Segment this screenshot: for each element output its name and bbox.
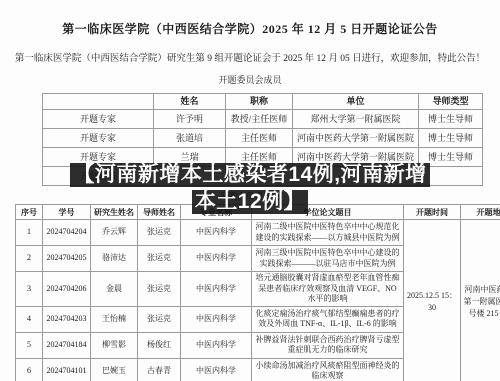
id-cell: 2024704205 [43, 246, 91, 272]
table-row: 开题专家 张道培 主任医师 河南中医药大学第一附属医院 博士生导师 [43, 129, 483, 148]
roster-caption: 开题人员情况表 [0, 190, 500, 202]
roster-header-row: 序号 学号 研究生姓名 导师姓名 专业名称 学位论文题目 开题时间 开题地点 [16, 205, 500, 220]
committee-header-role [43, 94, 154, 110]
student-cell: 柳雪影 [91, 332, 138, 358]
student-cell: 骆沛达 [91, 246, 138, 272]
unit-cell [293, 167, 419, 186]
topic-cell: 小续命汤加减治疗风痰瘀阻型面神经炎的临床观察 [252, 358, 404, 381]
supervisor-cell: 张运克 [138, 306, 181, 332]
major-cell: 中医内科学 [181, 358, 252, 381]
topic-cell: 化痰定痫汤治疗痰气郁结型癫痫患者的疗效及外周血 TNF-α、IL-1β、IL-6… [252, 306, 404, 332]
no-cell: 1 [16, 220, 43, 246]
table-row: 开题秘书 [43, 167, 483, 186]
roster-header-topic: 学位论文题目 [252, 205, 404, 220]
document-page: 第一临床医学院（中西医结合学院）2025 年 12 月 5 日开题论证公告 第一… [0, 0, 500, 381]
committee-caption: 开题委员会成员 [0, 73, 500, 86]
page-subtitle: 第一临床医学院（中西医结合学院）研究生第 9 组开题论证会于 2025 年 12… [0, 50, 500, 64]
table-row: 开题专家 兰瑞 主任医师 河南中医药大学第一附属医院 博士生导师 [43, 148, 483, 167]
name-cell: 许予明 [154, 110, 226, 129]
topic-cell: 河南二级中医院中医特色卒中中心规范化建设的实践探索——以方城县中医院为例 [252, 220, 404, 246]
id-cell: 2024704203 [43, 306, 91, 332]
type-cell: 博士生导师 [419, 110, 483, 129]
type-cell: 博士生导师 [419, 129, 483, 148]
no-cell: 4 [16, 306, 43, 332]
major-cell: 中医内科学 [181, 272, 252, 307]
no-cell: 6 [16, 358, 43, 381]
committee-header-title: 职称 [226, 94, 293, 110]
unit-cell: 郑州大学第一附属医院 [293, 110, 419, 129]
type-cell [419, 167, 483, 186]
student-cell: 王怡楠 [91, 306, 138, 332]
roster-header-time: 开题时间 [404, 205, 461, 220]
role-cell: 开题专家 [43, 129, 154, 148]
defense-location-cell: 河南中医药大学第一附属医院 15 号楼 215 房间 [461, 220, 500, 381]
role-cell: 开题专家 [43, 148, 154, 167]
supervisor-cell: 古春青 [138, 358, 181, 381]
major-cell: 中医内科学 [181, 306, 252, 332]
topic-cell: 培元通脑胶囊对肾虚血瘀型老年血管性痴呆患者临床疗效观察及血清 VEGF、NO 水… [252, 272, 404, 307]
committee-header-unit: 单位 [293, 94, 419, 110]
id-cell: 2024704184 [43, 332, 91, 358]
role-cell: 开题秘书 [43, 167, 154, 186]
id-cell: 2024704206 [43, 272, 91, 307]
table-row: 开题专家 许予明 教授/主任医师 郑州大学第一附属医院 博士生导师 [43, 110, 483, 129]
roster-header-supervisor: 导师姓名 [138, 205, 181, 220]
major-cell: 中医内科学 [181, 332, 252, 358]
type-cell: 博士生导师 [419, 148, 483, 167]
major-cell: 中医内科学 [181, 246, 252, 272]
major-cell: 中医内科学 [181, 220, 252, 246]
roster-header-id: 学号 [43, 205, 91, 220]
page-title: 第一临床医学院（中西医结合学院）2025 年 12 月 5 日开题论证公告 [0, 0, 500, 37]
id-cell: 2024704204 [43, 220, 91, 246]
student-cell: 巴婉玉 [91, 358, 138, 381]
role-cell: 开题专家 [43, 110, 154, 129]
roster-table: 序号 学号 研究生姓名 导师姓名 专业名称 学位论文题目 开题时间 开题地点 1… [15, 204, 500, 381]
roster-header-student: 研究生姓名 [91, 205, 138, 220]
supervisor-cell: 张运克 [138, 246, 181, 272]
committee-header-name: 姓名 [154, 94, 226, 110]
unit-cell: 河南中医药大学第一附属医院 [293, 129, 419, 148]
title-cell [226, 167, 293, 186]
defense-time-cell: 2025.12.5 15：30 [404, 220, 461, 381]
topic-cell: 河南三级中医院中医特色卒中中心建设的实践探索———以驻马店市中医院为例 [252, 246, 404, 272]
supervisor-cell: 张运克 [138, 272, 181, 307]
committee-header-type: 导师类型 [419, 94, 483, 110]
name-cell: 张道培 [154, 129, 226, 148]
student-cell: 乔云辉 [91, 220, 138, 246]
title-cell: 主任医师 [226, 129, 293, 148]
student-cell: 金晨 [91, 272, 138, 307]
no-cell: 3 [16, 272, 43, 307]
roster-header-place: 开题地点 [461, 205, 500, 220]
roster-header-no: 序号 [16, 205, 43, 220]
no-cell: 5 [16, 332, 43, 358]
committee-table: 姓名 职称 单位 导师类型 开题专家 许予明 教授/主任医师 郑州大学第一附属医… [42, 93, 483, 186]
roster-header-major: 专业名称 [181, 205, 252, 220]
name-cell [154, 167, 226, 186]
id-cell: 2024704101 [43, 358, 91, 381]
title-cell: 主任医师 [226, 148, 293, 167]
topic-cell: 补脾益肾法针刺联合西药治疗脾肾亏虚型重症肌无力的临床研究 [252, 332, 404, 358]
name-cell: 兰瑞 [154, 148, 226, 167]
unit-cell: 河南中医药大学第一附属医院 [293, 148, 419, 167]
table-row: 1 2024704204 乔云辉 张运克 中医内科学 河南二级中医院中医特色卒中… [16, 220, 500, 246]
committee-header-row: 姓名 职称 单位 导师类型 [43, 94, 483, 110]
title-cell: 教授/主任医师 [226, 110, 293, 129]
supervisor-cell: 杨俊红 [138, 332, 181, 358]
no-cell: 2 [16, 246, 43, 272]
supervisor-cell: 张运克 [138, 220, 181, 246]
